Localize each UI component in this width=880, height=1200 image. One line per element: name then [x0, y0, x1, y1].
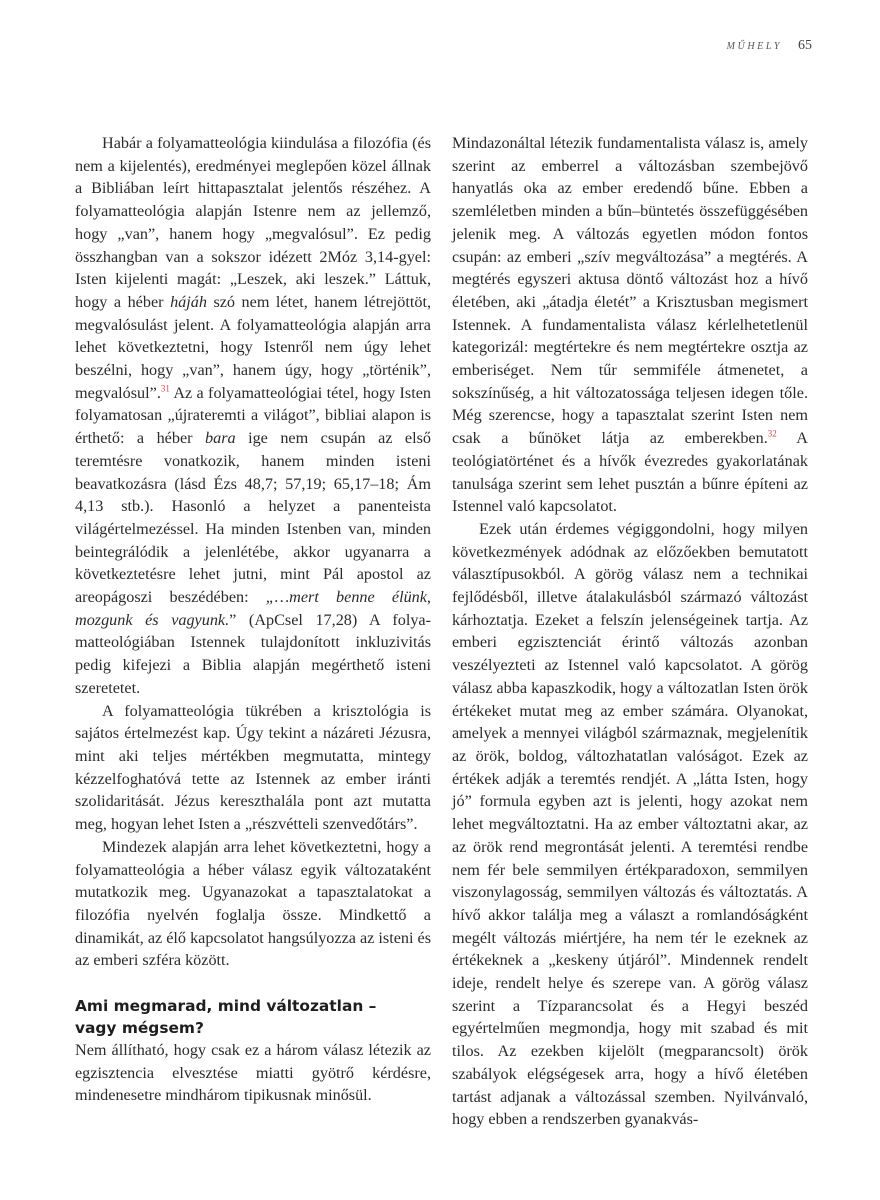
- footnote-marker[interactable]: 31: [161, 383, 170, 393]
- section-heading: Ami megmarad, mind változatlan – vagy mé…: [75, 995, 431, 1039]
- paragraph: Nem állítható, hogy csak ez a három vála…: [75, 1039, 431, 1107]
- page: Műhely 65 Habár a folyamatteológia kiind…: [0, 0, 880, 1200]
- heading-line: Ami megmarad, mind változatlan –: [75, 995, 431, 1017]
- text-run: Mindazonáltal létezik fundamentalista vá…: [452, 134, 808, 447]
- footnote-marker[interactable]: 32: [768, 429, 777, 439]
- paragraph: Ezek után érdemes végiggondolni, hogy mi…: [452, 518, 808, 1131]
- page-number: 65: [798, 38, 812, 54]
- text-run: ige nem csupán az első teremtésre vonatk…: [75, 429, 431, 606]
- italic-term: bara: [205, 429, 236, 447]
- text-run: Habár a folyamatteológia kiindulása a fi…: [75, 134, 431, 311]
- left-column: Habár a folyamatteológia kiindulása a fi…: [75, 132, 431, 1107]
- italic-term: hájáh: [170, 293, 207, 311]
- running-head: Műhely 65: [727, 38, 812, 54]
- paragraph: Habár a folyamatteológia kiindulása a fi…: [75, 132, 431, 700]
- heading-line: vagy mégsem?: [75, 1017, 431, 1039]
- right-column: Mindazonáltal létezik fundamentalista vá…: [452, 132, 808, 1131]
- section-label: Műhely: [727, 41, 782, 52]
- paragraph: Mindazonáltal létezik fundamentalista vá…: [452, 132, 808, 518]
- paragraph: Mindezek alapján arra lehet következtetn…: [75, 836, 431, 972]
- paragraph: A folyamatteológia tükrében a krisztológ…: [75, 700, 431, 836]
